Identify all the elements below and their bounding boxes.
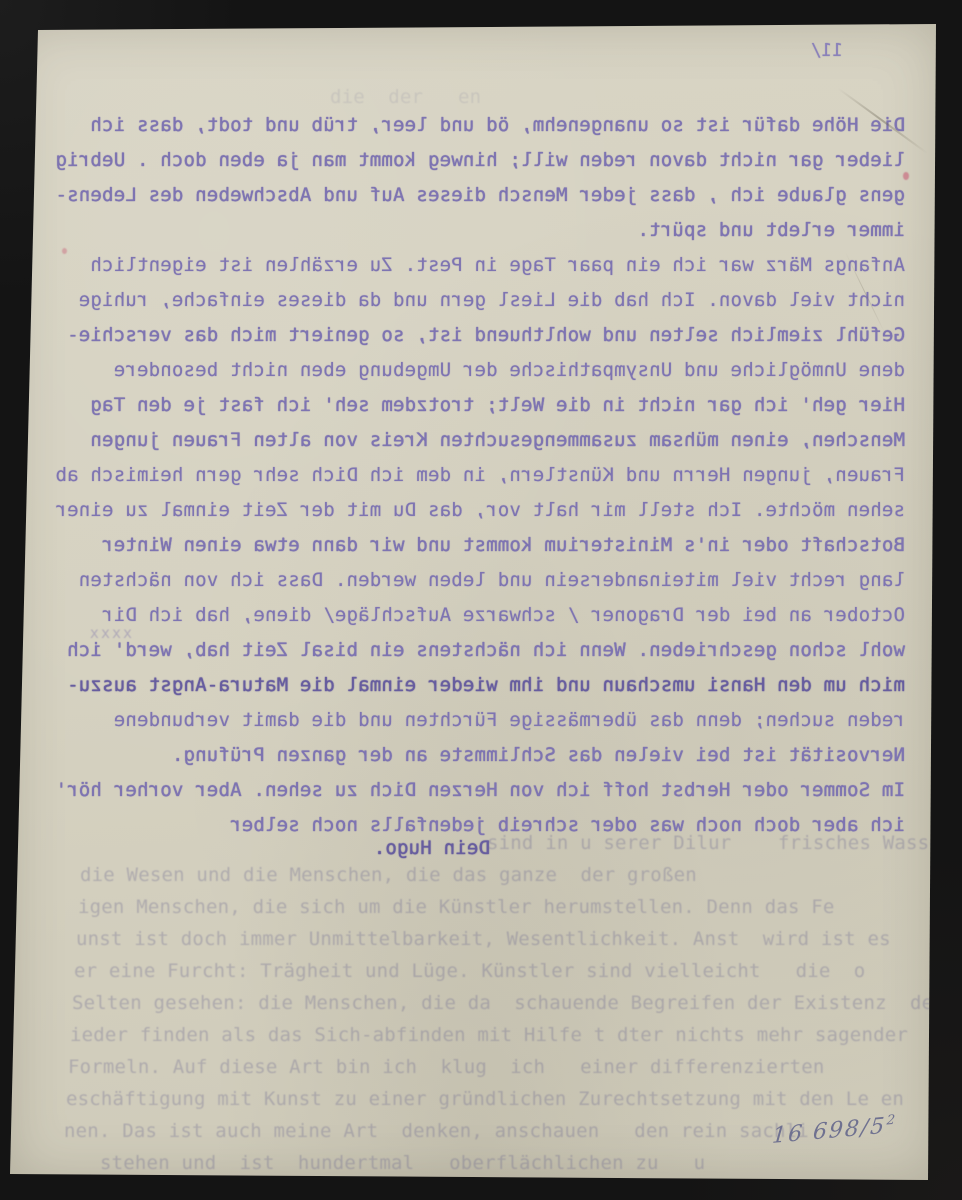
typed-line: Im Sommer oder Herbst hoff ich von Herze… xyxy=(75,773,905,808)
strikeout-marks: xxxx xyxy=(88,624,132,642)
typed-line: Anfangs März war ich ein paar Tage in Pe… xyxy=(75,248,905,283)
archive-number-superscript: 2 xyxy=(886,1112,898,1128)
typed-line: lang recht viel miteinandersein und lebe… xyxy=(75,563,905,598)
typed-line: Die Höhe dafür ist so unangenehm, öd und… xyxy=(75,108,905,143)
scan-background: { "letter": { "page_number": "11/", "lin… xyxy=(0,0,962,1200)
red-ink-speck xyxy=(903,172,909,180)
typed-line: lieber gar nicht davon reden will; hinwe… xyxy=(75,143,905,178)
typed-line: dene Unmögliche und Unsympathische der U… xyxy=(75,353,905,388)
typed-line: October an bei der Dragoner / schwarze A… xyxy=(75,598,905,633)
typed-line: wohl schon geschrieben. Wenn ich nächste… xyxy=(75,633,905,668)
typed-line: sehen möchte. Ich stell mir halt vor, da… xyxy=(75,493,905,528)
typed-line: mich um den Hansi umschaun und ihm wiede… xyxy=(75,668,905,703)
page-number: 11/ xyxy=(810,40,843,61)
typed-line: gens glaube ich , dass jeder Mensch dies… xyxy=(75,178,905,213)
typed-line: nicht viel davon. Ich hab die Liesl gern… xyxy=(75,283,905,318)
typed-text-block: Die Höhe dafür ist so unangenehm, öd und… xyxy=(75,108,905,866)
typed-line: reden suchen; denn das übermässige Fürch… xyxy=(75,703,905,738)
typed-line: Hier geh' ich gar nicht in die Welt; tro… xyxy=(75,388,905,423)
typed-line: Frauen, jungen Herrn und Künstlern, in d… xyxy=(75,458,905,493)
letter-page: 11/ Die Höhe dafür ist so unangenehm, öd… xyxy=(10,24,938,1180)
red-ink-speck xyxy=(62,248,67,254)
typed-line: Menschen, einen mühsam zusammengesuchten… xyxy=(75,423,905,458)
typed-line: Nervosität ist bei vielen das Schlimmste… xyxy=(75,738,905,773)
mirrored-text-layer: 11/ Die Höhe dafür ist so unangenehm, öd… xyxy=(10,24,938,1180)
typed-line: immer erlebt und spürt. xyxy=(75,213,905,248)
typed-line: Gefühl ziemlich selten und wohlthuend is… xyxy=(75,318,905,353)
typed-line: Botschaft oder in's Ministerium kommst u… xyxy=(75,528,905,563)
